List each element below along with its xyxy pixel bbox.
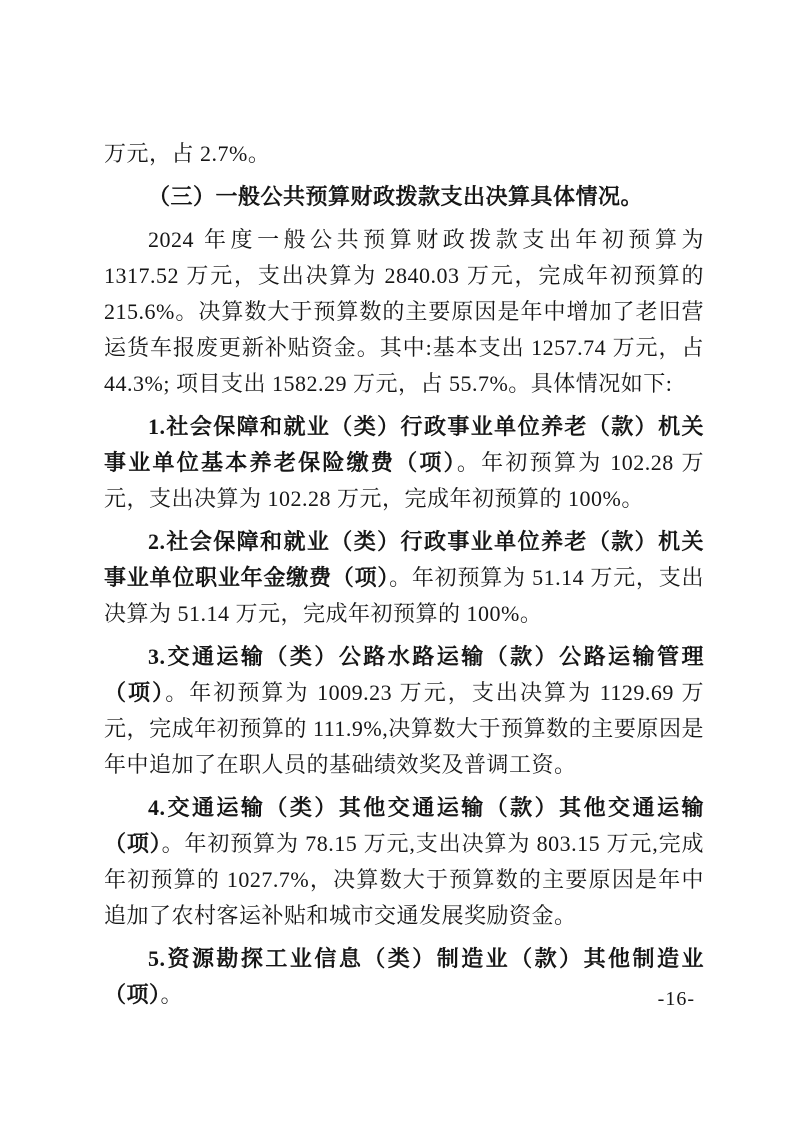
intro-paragraph: 2024 年度一般公共预算财政拨款支出年初预算为 1317.52 万元，支出决算… — [104, 222, 704, 402]
document-body: 万元，占 2.7%。 （三）一般公共预算财政拨款支出决算具体情况。 2024 年… — [104, 136, 704, 1020]
budget-item-5: 5.资源勘探工业信息（类）制造业（款）其他制造业（项）。 — [104, 941, 704, 1013]
budget-item-5-body: 。 — [161, 982, 184, 1007]
budget-item-1: 1.社会保障和就业（类）行政事业单位养老（款）机关事业单位基本养老保险缴费（项）… — [104, 409, 704, 517]
document-page: 万元，占 2.7%。 （三）一般公共预算财政拨款支出决算具体情况。 2024 年… — [0, 0, 793, 1122]
budget-item-2: 2.社会保障和就业（类）行政事业单位养老（款）机关事业单位职业年金缴费（项）。年… — [104, 524, 704, 632]
budget-item-4-body: 。年初预算为 78.15 万元,支出决算为 803.15 万元,完成年初预算的 … — [104, 831, 704, 928]
budget-item-3: 3.交通运输（类）公路水路运输（款）公路运输管理（项）。年初预算为 1009.2… — [104, 639, 704, 783]
section-heading: （三）一般公共预算财政拨款支出决算具体情况。 — [104, 179, 704, 215]
continuation-paragraph: 万元，占 2.7%。 — [104, 136, 704, 172]
budget-item-5-title: 5.资源勘探工业信息（类）制造业（款）其他制造业（项） — [104, 946, 704, 1007]
budget-item-4: 4.交通运输（类）其他交通运输（款）其他交通运输（项）。年初预算为 78.15 … — [104, 790, 704, 934]
page-number: -16- — [658, 988, 695, 1011]
budget-item-3-body: 。年初预算为 1009.23 万元，支出决算为 1129.69 万元，完成年初预… — [104, 680, 704, 777]
